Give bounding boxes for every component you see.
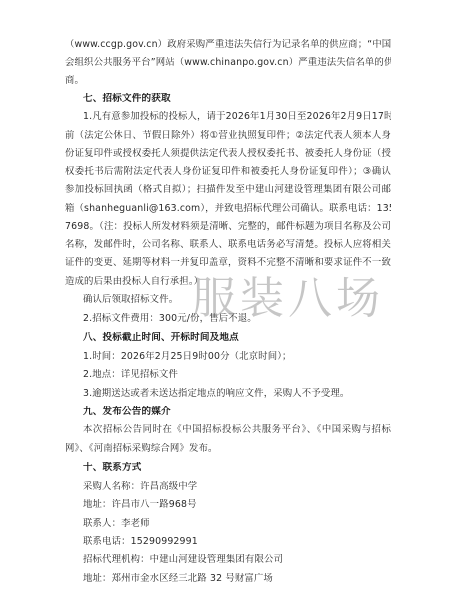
section7-line-1: 1.凡有意参加投标的投标人，请于2026年1月30日至2026年2月9日17时3… — [83, 111, 391, 123]
section7-line-4: 权委托书后需附法定代表人身份证复印件和被委托人身份证复印件）；③确认 — [65, 166, 391, 178]
section7-line-6: 箱（shanheguanli@163.com），并致电招标代理公司确认。联系电话… — [65, 203, 391, 215]
agency-name: 招标代理机构：中建山河建设管理集团有限公司 — [83, 554, 409, 566]
purchaser-name: 采购人名称：许昌高级中学 — [83, 481, 409, 493]
section7-fee: 2.招标文件费用：300元/份，售后不退。 — [83, 313, 409, 325]
section8-place: 2.地点：详见招标文件 — [83, 369, 409, 381]
document-page: （www.ccgp.gov.cn）政府采购严重违法失信行为记录名单的供应商；“中… — [0, 0, 450, 600]
section10-heading: 十、联系方式 — [83, 462, 409, 474]
contact-phone: 联系电话：15290992991 — [83, 536, 409, 548]
section7-line-5: 参加投标回执函（格式自拟）；扫描件发至中建山河建设管理集团有限公司邮 — [65, 184, 391, 196]
section8-time: 1.时间：2026年2月25日9时00分（北京时间）； — [83, 351, 409, 363]
intro-line-3: 商。 — [65, 75, 391, 87]
section7-confirm: 确认后领取招标文件。 — [83, 294, 409, 306]
section7-line-9: 证件的变更、延期等材料一并复印盖章，资料不完整不清晰和要求证件不一致 — [65, 257, 391, 269]
section9-line-2: 网》、《河南招标采购综合网》发布。 — [65, 443, 391, 455]
section7-heading: 七、招标文件的获取 — [83, 93, 409, 105]
agency-address: 地址：郑州市金水区经三北路 32 号财富广场 — [83, 573, 409, 585]
intro-line-1: （www.ccgp.gov.cn）政府采购严重违法失信行为记录名单的供应商；“中… — [65, 39, 391, 51]
purchaser-address: 地址：许昌市八一路968号 — [83, 499, 409, 511]
section9-line-1: 本次招标公告同时在《中国招标投标公共服务平台》、《中国采购与招标 — [83, 424, 391, 436]
section7-line-8: 名称，发邮件时，公司名称、联系人、联系电话务必写清楚。投标人应将相关 — [65, 239, 391, 251]
contact-person: 联系人：李老师 — [83, 518, 409, 530]
intro-line-2: 会组织公共服务平台”网站（www.chinanpo.gov.cn）严重违法失信名… — [65, 57, 391, 69]
section7-line-2: 前（法定公休日、节假日除外）将①营业执照复印件；②法定代表人须本人身 — [65, 130, 391, 142]
section7-line-7: 7698。（注：投标人所发材料须是清晰、完整的，邮件标题为项目名称及公司 — [65, 221, 391, 233]
section7-line-3: 份证复印件或授权委托人须提供法定代表人授权委托书、被委托人身份证（授 — [65, 148, 391, 160]
section7-line-10: 造成的后果由投标人自行承担。） — [65, 276, 391, 288]
section9-heading: 九、发布公告的媒介 — [83, 406, 409, 418]
section8-heading: 八、投标截止时间、开标时间及地点 — [83, 332, 409, 344]
section8-late: 3.逾期送达或者未送达指定地点的响应文件，采购人不予受理。 — [83, 388, 409, 400]
